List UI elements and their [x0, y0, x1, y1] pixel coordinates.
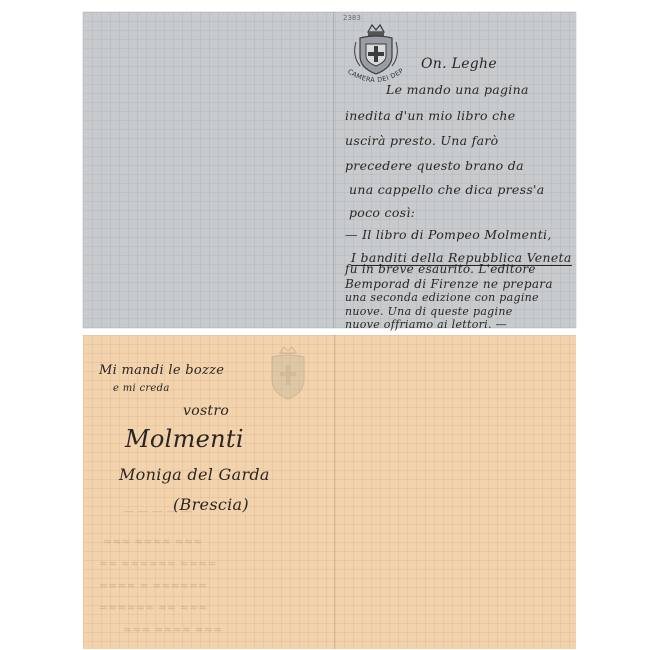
fold-line: [334, 335, 335, 649]
letter-line: Le mando una pagina: [386, 82, 529, 97]
letter-line: precedere questo brano da: [345, 158, 524, 173]
archive-reference: 2383: [343, 14, 361, 22]
letter-line: una seconda edizione con pagine: [345, 291, 539, 304]
address-town: Moniga del Garda: [119, 465, 270, 484]
letter-line: uscirà presto. Una farò: [345, 133, 498, 148]
letter-line: fu in breve esaurito. L'editore: [345, 262, 536, 276]
fold-line: [333, 12, 334, 328]
top-letter-sheet: 2383 CAMERA DEI DEPUTATI On. Leghe Le ma…: [83, 12, 576, 328]
coat-of-arms-icon-faded: [266, 345, 310, 411]
letter-line: nuove. Una di queste pagine: [345, 305, 513, 318]
salutation: On. Leghe: [421, 56, 497, 72]
letter-line: una cappello che dica press'a: [349, 182, 545, 197]
closing-line: e mi creda: [113, 383, 170, 394]
closing-line: Mi mandi le bozze: [99, 363, 224, 378]
address-province: (Brescia): [173, 495, 249, 514]
letter-line: — Il libro di Pompeo Molmenti,: [345, 227, 552, 242]
signature: Molmenti: [125, 425, 244, 453]
letter-line: nuove offriamo ai lettori. —: [345, 318, 507, 331]
coat-of-arms-icon: CAMERA DEI DEPUTATI: [348, 22, 404, 88]
bottom-letter-sheet: — — — — — ≈≈≈ ≈≈≈≈ ≈≈≈ ≈≈ ≈≈≈≈≈≈ ≈≈≈≈ ≈≈…: [83, 335, 576, 649]
letter-line: Bemporad di Firenze ne prepara: [345, 277, 553, 291]
letter-line: inedita d'un mio libro che: [345, 108, 515, 123]
valediction: vostro: [183, 403, 229, 419]
letter-line: poco così:: [349, 205, 415, 220]
